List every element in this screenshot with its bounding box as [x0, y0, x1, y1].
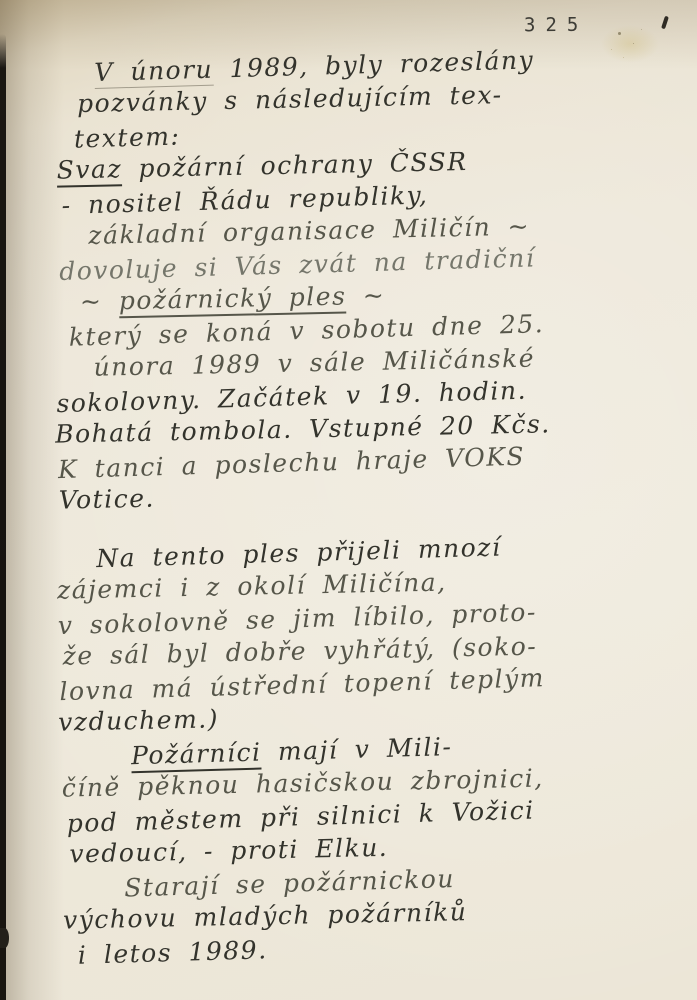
- underlined-phrase: Požárníci: [131, 738, 262, 774]
- underlined-phrase: V únoru: [94, 55, 214, 89]
- underlined-phrase: požárnický ples: [119, 282, 347, 319]
- underlined-phrase: Svaz: [56, 154, 122, 187]
- chronicle-page-scan: 325 V únoru 1989, byly rozeslánypozvánky…: [0, 0, 697, 1000]
- ink-blot: [0, 928, 9, 948]
- handwritten-text-block: V únoru 1989, byly rozeslánypozvánky s n…: [42, 42, 697, 972]
- page-edge: [0, 34, 6, 1000]
- page-number: 325: [524, 14, 588, 36]
